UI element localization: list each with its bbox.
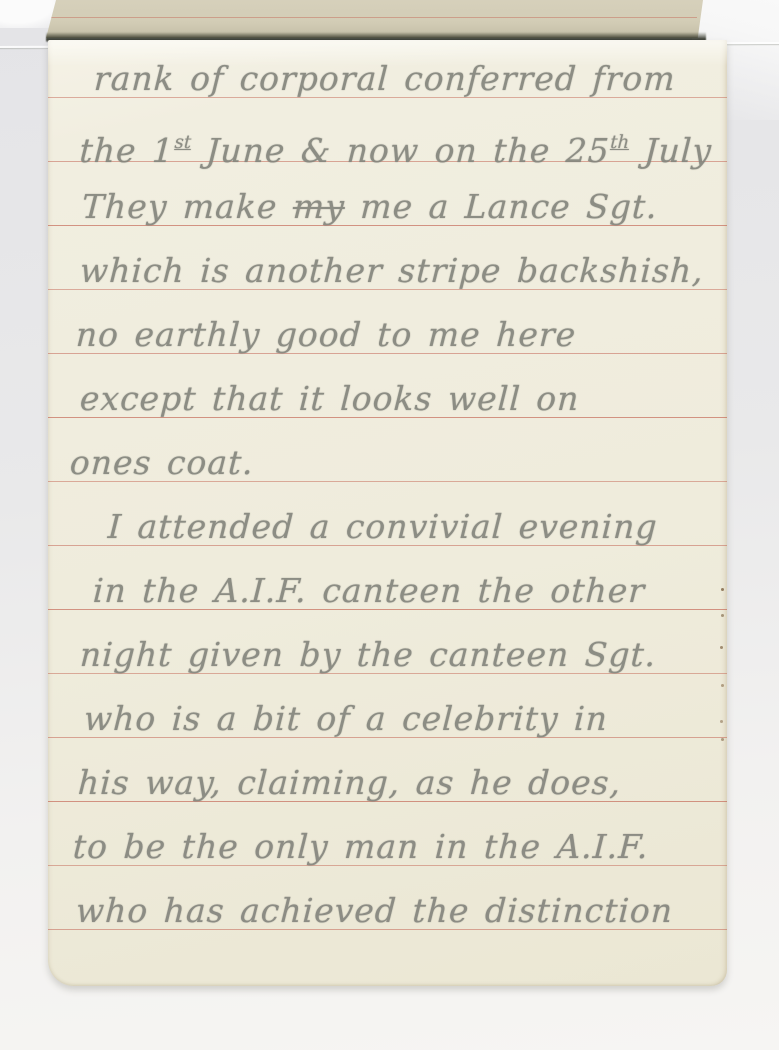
pencil-text: except that it looks well on — [79, 379, 581, 418]
pencil-text: I attended a convivial evening — [107, 507, 659, 546]
photograph-of-diary-notebook: rank of corporal conferred fromthe 1st J… — [0, 0, 779, 1050]
handwriting-line: in the A.I.F. canteen the other — [92, 567, 647, 615]
handwriting-line: rank of corporal conferred from — [93, 55, 677, 103]
pencil-text: They make — [81, 187, 294, 226]
pencil-text: to be the only man in the A.I.F. — [72, 827, 650, 866]
pencil-text: in the A.I.F. canteen the other — [92, 571, 646, 610]
handwriting-line: to be the only man in the A.I.F. — [72, 823, 650, 871]
pencil-text: July — [628, 131, 713, 170]
pencil-text: my — [292, 187, 346, 226]
handwriting-line: I attended a convivial evening — [107, 503, 659, 551]
page-edge-wear-marks — [721, 588, 724, 591]
handwriting-line: no earthly good to me here — [75, 311, 578, 359]
pencil-text: June & now on the 25 — [190, 131, 611, 170]
pencil-text: his way, claiming, as he does, — [77, 763, 622, 802]
handwriting-line: who has achieved the distinction — [75, 887, 675, 935]
handwriting-line: except that it looks well on — [79, 375, 581, 423]
handwriting-line: who is a bit of a celebrity in — [83, 695, 609, 743]
pencil-text: who has achieved the distinction — [75, 891, 674, 930]
pencil-text: st — [174, 132, 192, 153]
pencil-text: me a Lance Sgt. — [344, 187, 659, 226]
pencil-text: who is a bit of a celebrity in — [83, 699, 609, 738]
pencil-text: night given by the canteen Sgt. — [79, 635, 657, 674]
diary-page: rank of corporal conferred fromthe 1st J… — [48, 40, 727, 986]
pencil-text: the 1 — [79, 131, 176, 170]
pencil-text: th — [610, 132, 630, 153]
handwriting-line: ones coat. — [69, 439, 255, 487]
pencil-text: which is another stripe backshish, — [79, 251, 705, 290]
handwriting-line: They make my me a Lance Sgt. — [81, 183, 659, 231]
handwriting-line: night given by the canteen Sgt. — [79, 631, 658, 679]
handwriting-line: his way, claiming, as he does, — [77, 759, 623, 807]
pencil-text: no earthly good to me here — [75, 315, 577, 354]
handwriting-line: which is another stripe backshish, — [79, 247, 705, 295]
pencil-text: ones coat. — [69, 443, 255, 482]
handwriting-line: the 1st June & now on the 25th July — [79, 119, 714, 167]
flipped-page-rule-line — [46, 17, 697, 18]
pencil-text: rank of corporal conferred from — [93, 59, 677, 98]
